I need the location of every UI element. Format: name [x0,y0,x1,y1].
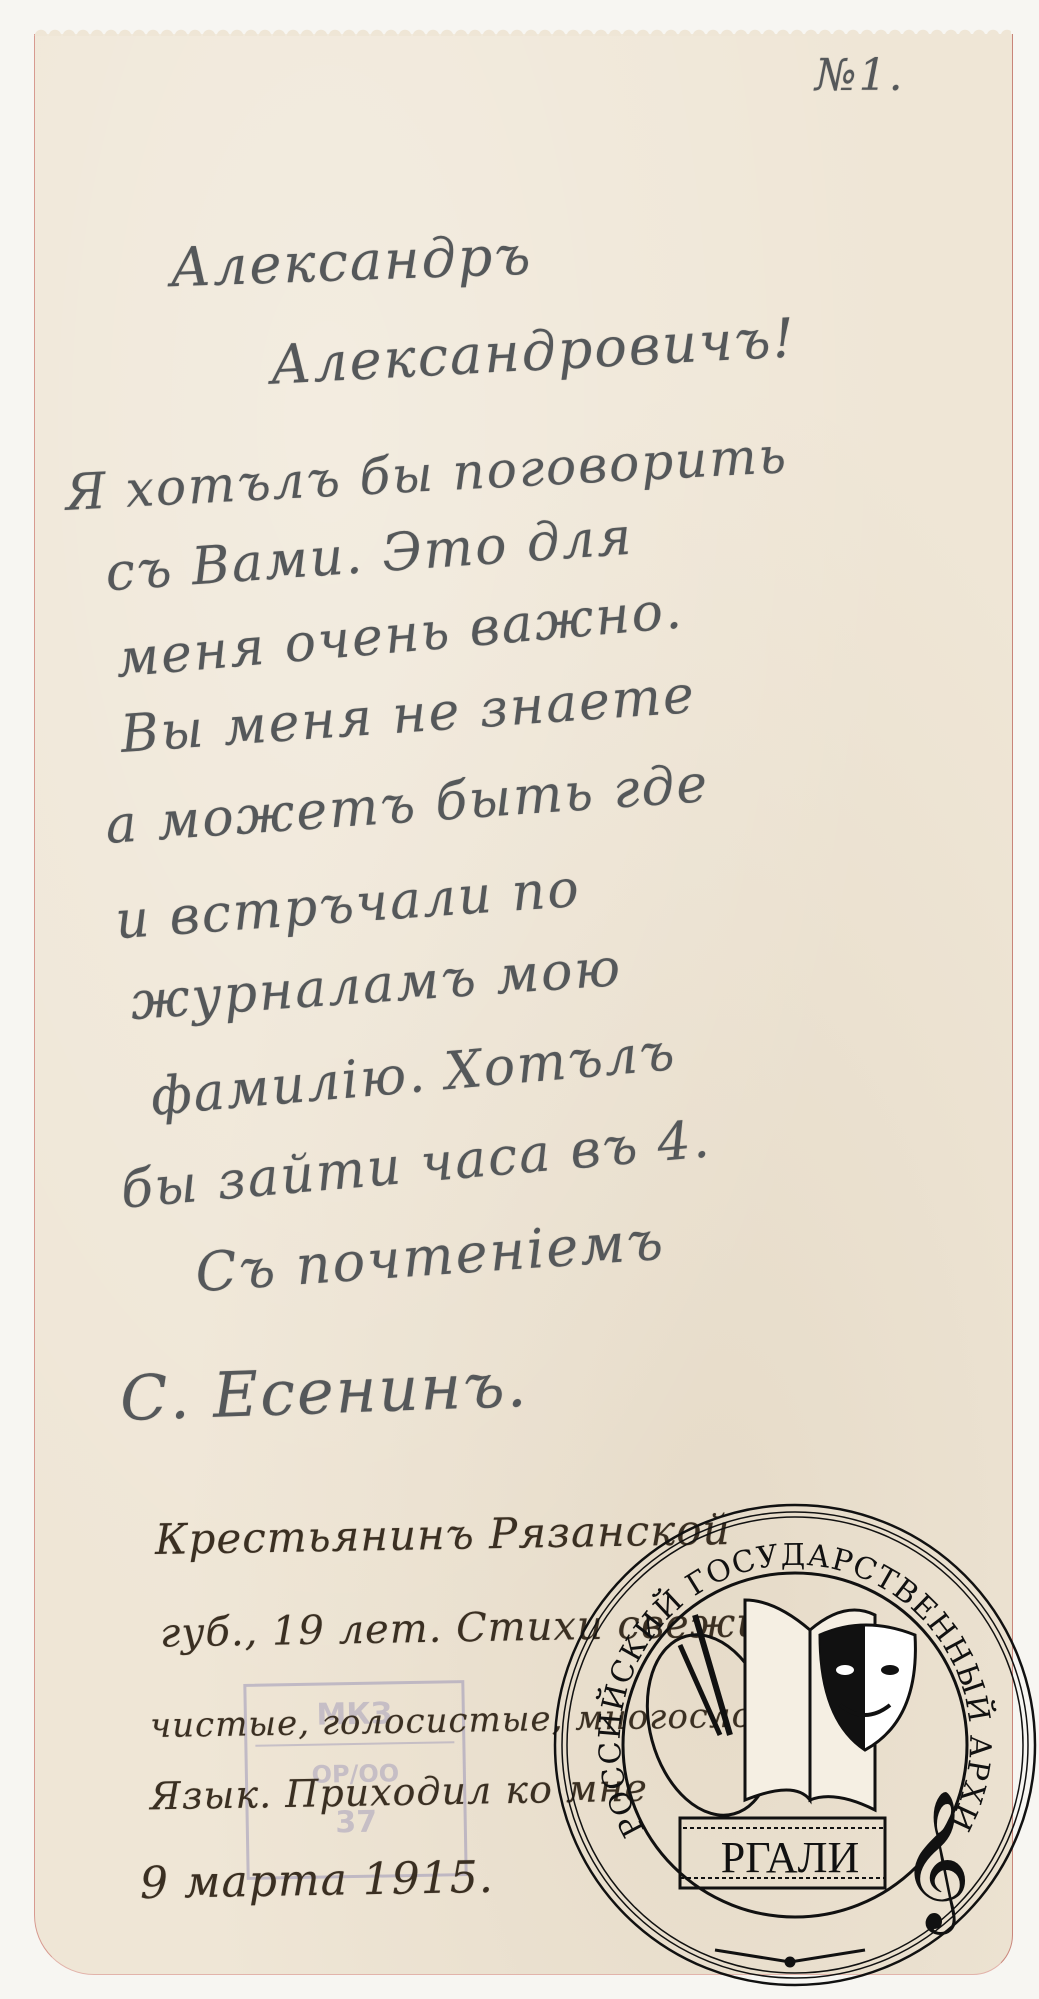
laurel-icon [715,1950,865,1966]
serrated-top-edge [34,22,1011,36]
page-number: №1. [815,50,905,101]
seal-abbreviation: РГАЛИ [721,1833,860,1882]
salutation-line-1: Александръ [169,224,533,300]
annotation-line: 9 марта 1915. [140,1852,495,1909]
open-book-icon [745,1600,810,1800]
signature: С. Есенинъ. [119,1348,529,1435]
treble-clef-icon: 𝄞 [900,1790,971,1935]
rgali-seal: РОССИЙСКИЙ ГОСУДАРСТВЕННЫЙ АРХИВ ЛИТЕРАТ… [545,1500,1039,1995]
